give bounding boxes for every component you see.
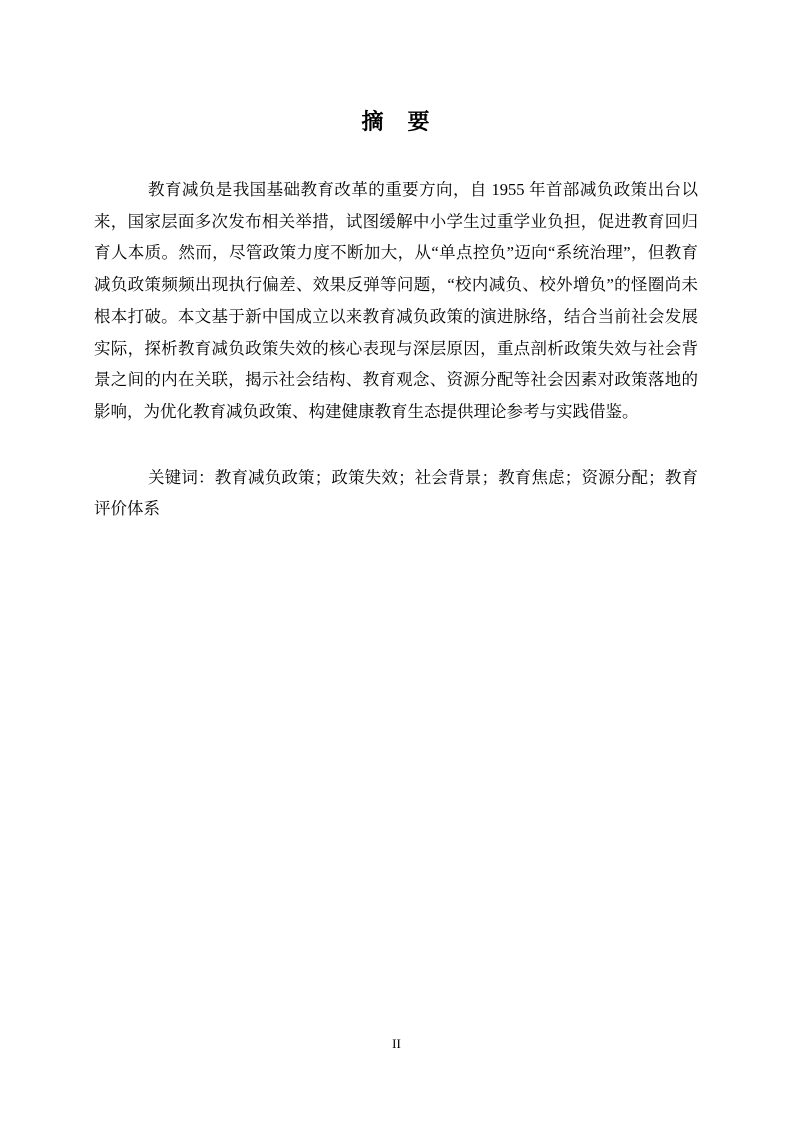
keywords-paragraph: 关键词：教育减负政策；政策失效；社会背景；教育焦虑；资源分配；教育评价体系 — [94, 462, 698, 525]
keywords-label: 关键词： — [148, 468, 215, 487]
page-number: II — [0, 1036, 793, 1052]
document-page: 摘 要 教育减负是我国基础教育改革的重要方向，自 1955 年首部减负政策出台以… — [0, 0, 793, 1122]
page-title: 摘 要 — [94, 106, 698, 138]
abstract-paragraph: 教育减负是我国基础教育改革的重要方向，自 1955 年首部减负政策出台以来，国家… — [94, 174, 698, 428]
page-content: 摘 要 教育减负是我国基础教育改革的重要方向，自 1955 年首部减负政策出台以… — [94, 0, 698, 525]
